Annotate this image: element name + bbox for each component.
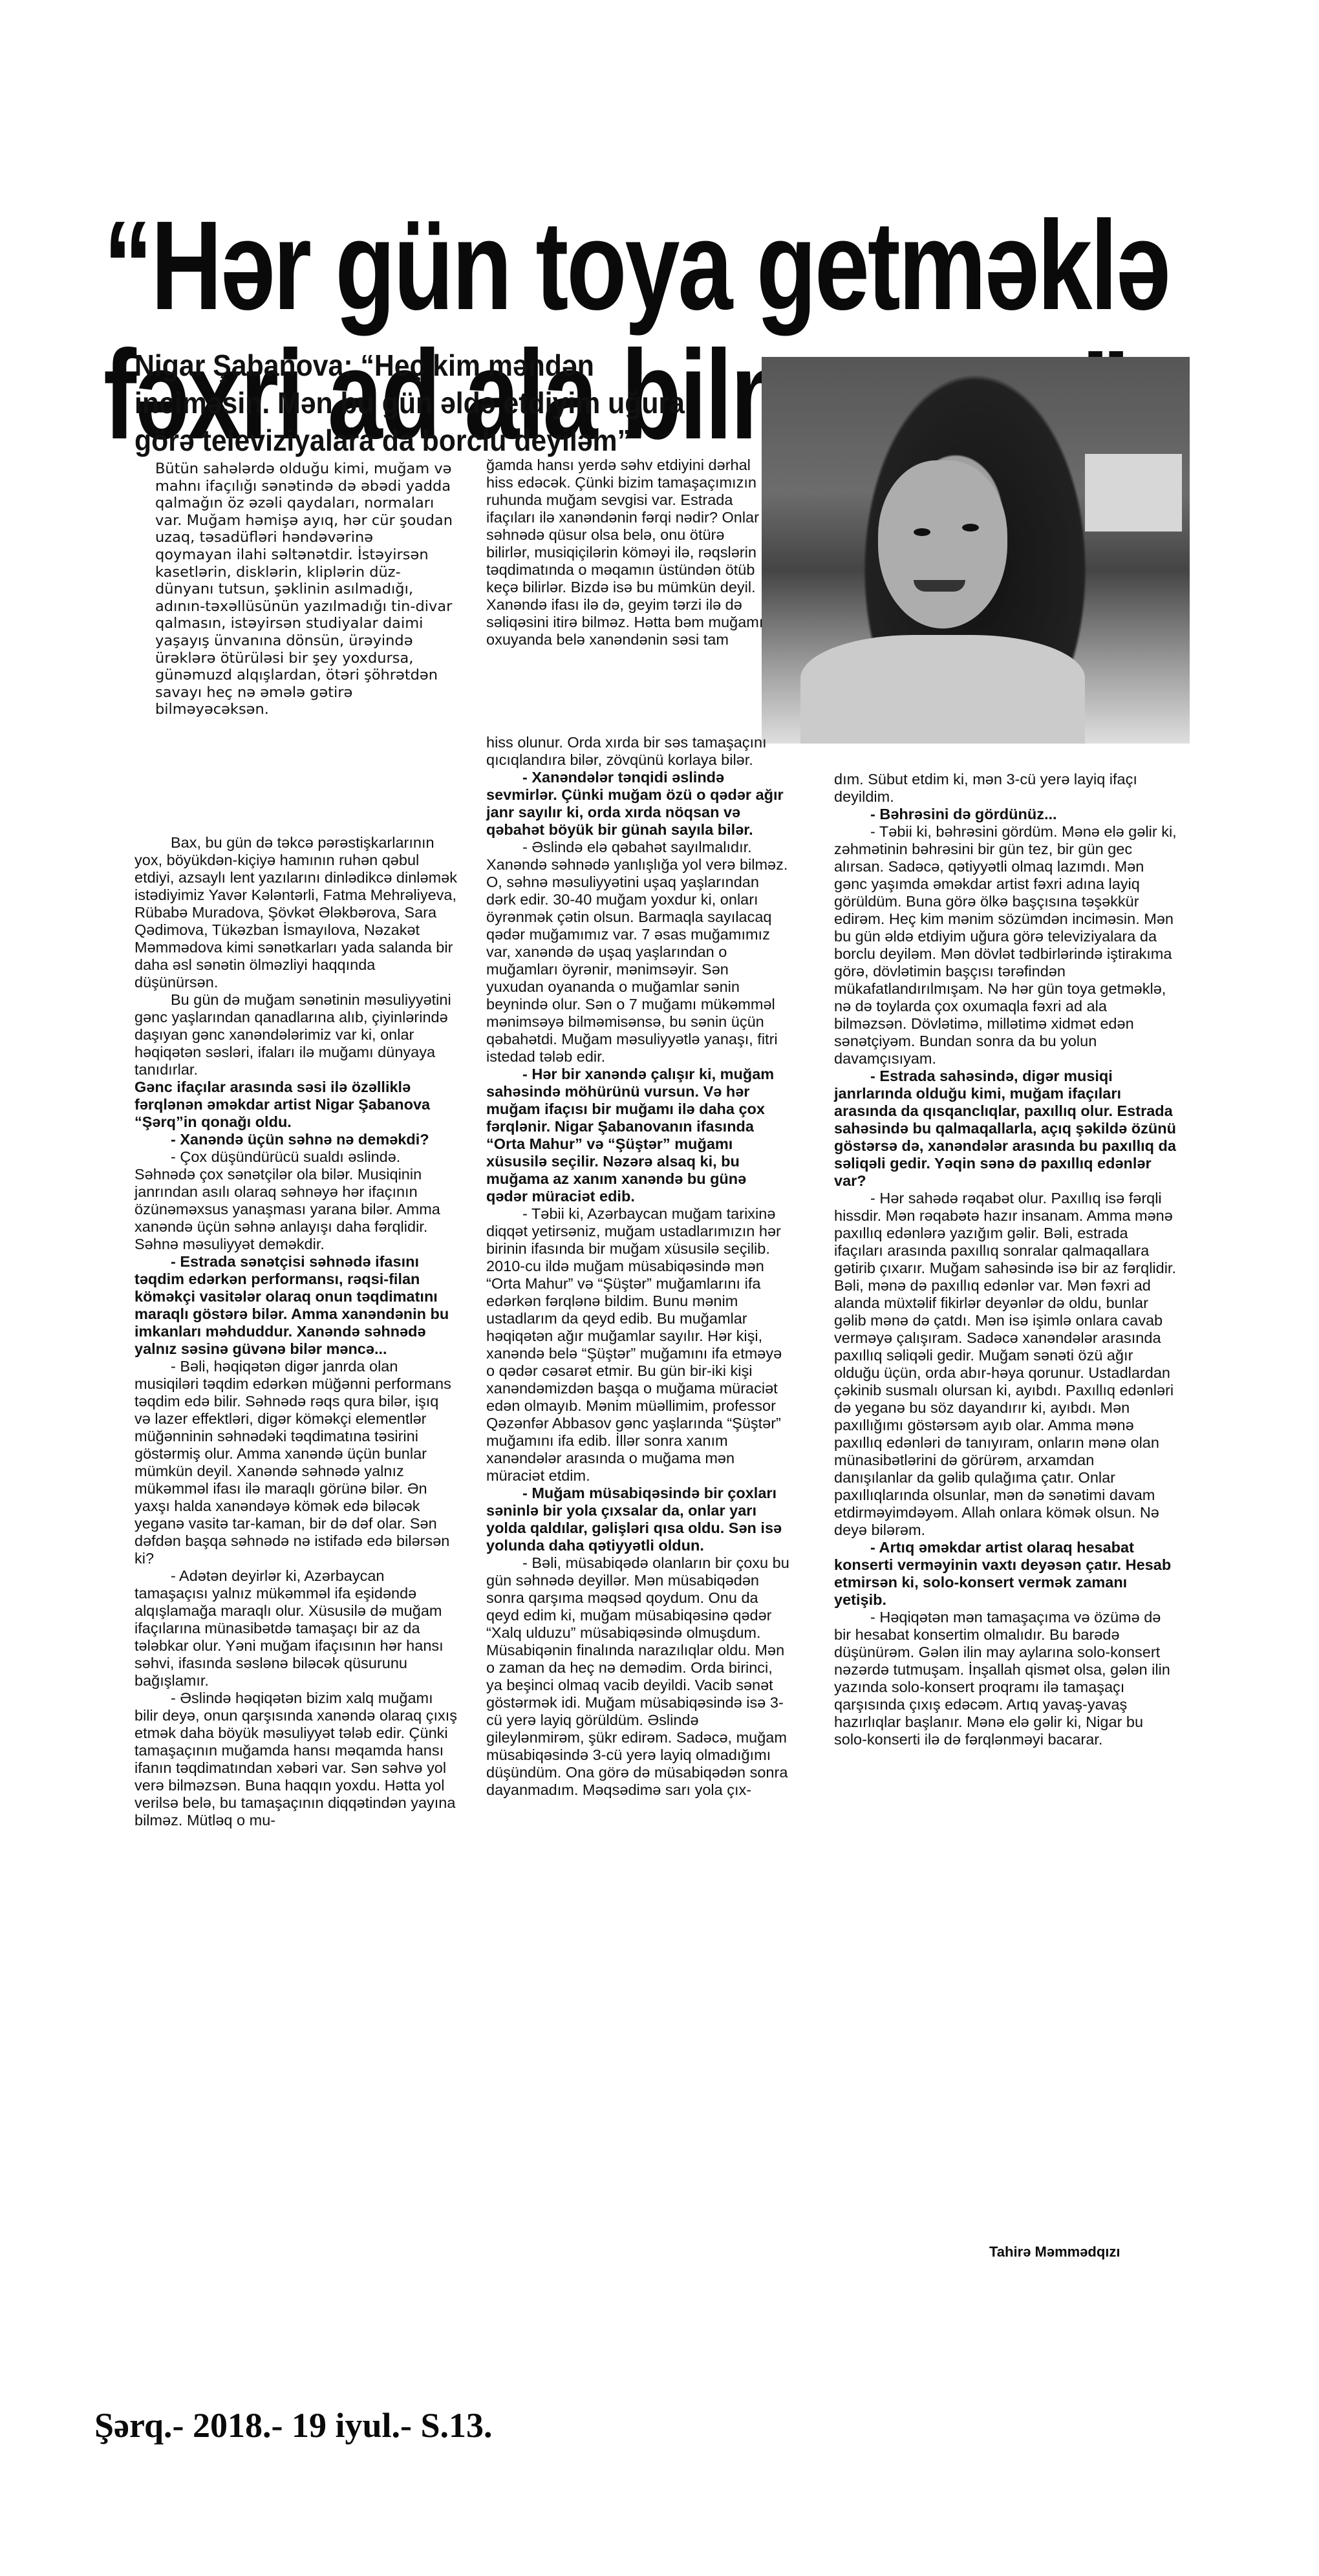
portrait-photo	[762, 357, 1190, 744]
answer-paragraph: - Adətən deyirlər ki, Azərbaycan tamaşaç…	[134, 1567, 458, 1690]
answer-paragraph: ğamda hansı yerdə səhv etdiyini dərhal h…	[486, 456, 764, 649]
question-paragraph: - Hər bir xanəndə çalışır ki, muğam sahə…	[486, 1066, 790, 1205]
question-paragraph: - Xanəndə üçün səhnə nə deməkdi?	[134, 1131, 458, 1148]
answer-paragraph: hiss olunur. Orda xırda bir səs tamaşaçı…	[486, 734, 790, 769]
article-column-3: dım. Sübut etdim ki, mən 3-cü yerə layiq…	[834, 771, 1177, 1748]
answer-paragraph: - Çox düşündürücü sualdı əslində. Səhnəd…	[134, 1148, 458, 1253]
answer-paragraph: - Əslində elə qəbahət sayılmalıdır. Xanə…	[486, 839, 790, 1066]
answer-paragraph: Bu gün də muğam sənətinin məsuliyyətini …	[134, 991, 458, 1079]
photo-face	[878, 460, 1007, 628]
question-paragraph: - Estrada sahəsində, digər musiqi janrla…	[834, 1068, 1177, 1190]
source-citation: Şərq.- 2018.- 19 iyul.- S.13.	[94, 2405, 493, 2445]
article-column-2-wrap: ğamda hansı yerdə səhv etdiyini dərhal h…	[486, 456, 764, 649]
article-column-2: hiss olunur. Orda xırda bir səs tamaşaçı…	[486, 734, 790, 1799]
question-paragraph: - Estrada sənətçisi səhnədə ifasını təqd…	[134, 1253, 458, 1358]
intro-paragraph: Bütün sahələrdə olduğu kimi, muğam və ma…	[155, 460, 453, 718]
answer-paragraph: - Həqiqətən mən tamaşaçıma və özümə də b…	[834, 1609, 1177, 1748]
answer-paragraph: dım. Sübut etdim ki, mən 3-cü yerə layiq…	[834, 771, 1177, 806]
author-byline: Tahirə Məmmədqızı	[989, 2244, 1121, 2260]
photo-background-building	[1085, 454, 1182, 531]
question-paragraph: - Artıq əməkdar artist olaraq hesabat ko…	[834, 1539, 1177, 1609]
photo-shoulders	[800, 635, 1085, 744]
article-column-1: Bax, bu gün də təkcə pərəstişkarlarının …	[134, 834, 458, 1829]
headline-line-1: “Hər gün toya getməklə	[103, 195, 1168, 336]
photo-left-eye	[914, 528, 930, 536]
question-paragraph: Gənc ifaçılar arasında səsi ilə özəllikl…	[134, 1079, 458, 1131]
photo-mouth	[914, 580, 965, 592]
answer-paragraph: - Bəli, həqiqətən digər janrda olan musi…	[134, 1358, 458, 1567]
answer-paragraph: Bax, bu gün də təkcə pərəstişkarlarının …	[134, 834, 458, 991]
answer-paragraph: - Təbii ki, bəhrəsini gördüm. Mənə elə g…	[834, 823, 1177, 1068]
answer-paragraph: - Hər sahədə rəqabət olur. Paxıllıq isə …	[834, 1190, 1177, 1539]
article-subheadline: Nigar Şabanova: “Heç kim məndən inciməsi…	[134, 347, 712, 459]
photo-right-eye	[962, 524, 979, 531]
question-paragraph: - Xanəndələr tənqidi əslində sevmirlər. …	[486, 769, 790, 839]
question-paragraph: - Muğam müsabiqəsində bir çoxları səninl…	[486, 1485, 790, 1554]
answer-paragraph: - Təbii ki, Azərbaycan muğam tarixinə di…	[486, 1205, 790, 1485]
answer-paragraph: - Bəli, müsabiqədə olanların bir çoxu bu…	[486, 1554, 790, 1799]
article-intro: Bütün sahələrdə olduğu kimi, muğam və ma…	[155, 460, 453, 718]
question-paragraph: - Bəhrəsini də gördünüz...	[834, 806, 1177, 823]
answer-paragraph: - Əslində həqiqətən bizim xalq muğamı bi…	[134, 1690, 458, 1829]
